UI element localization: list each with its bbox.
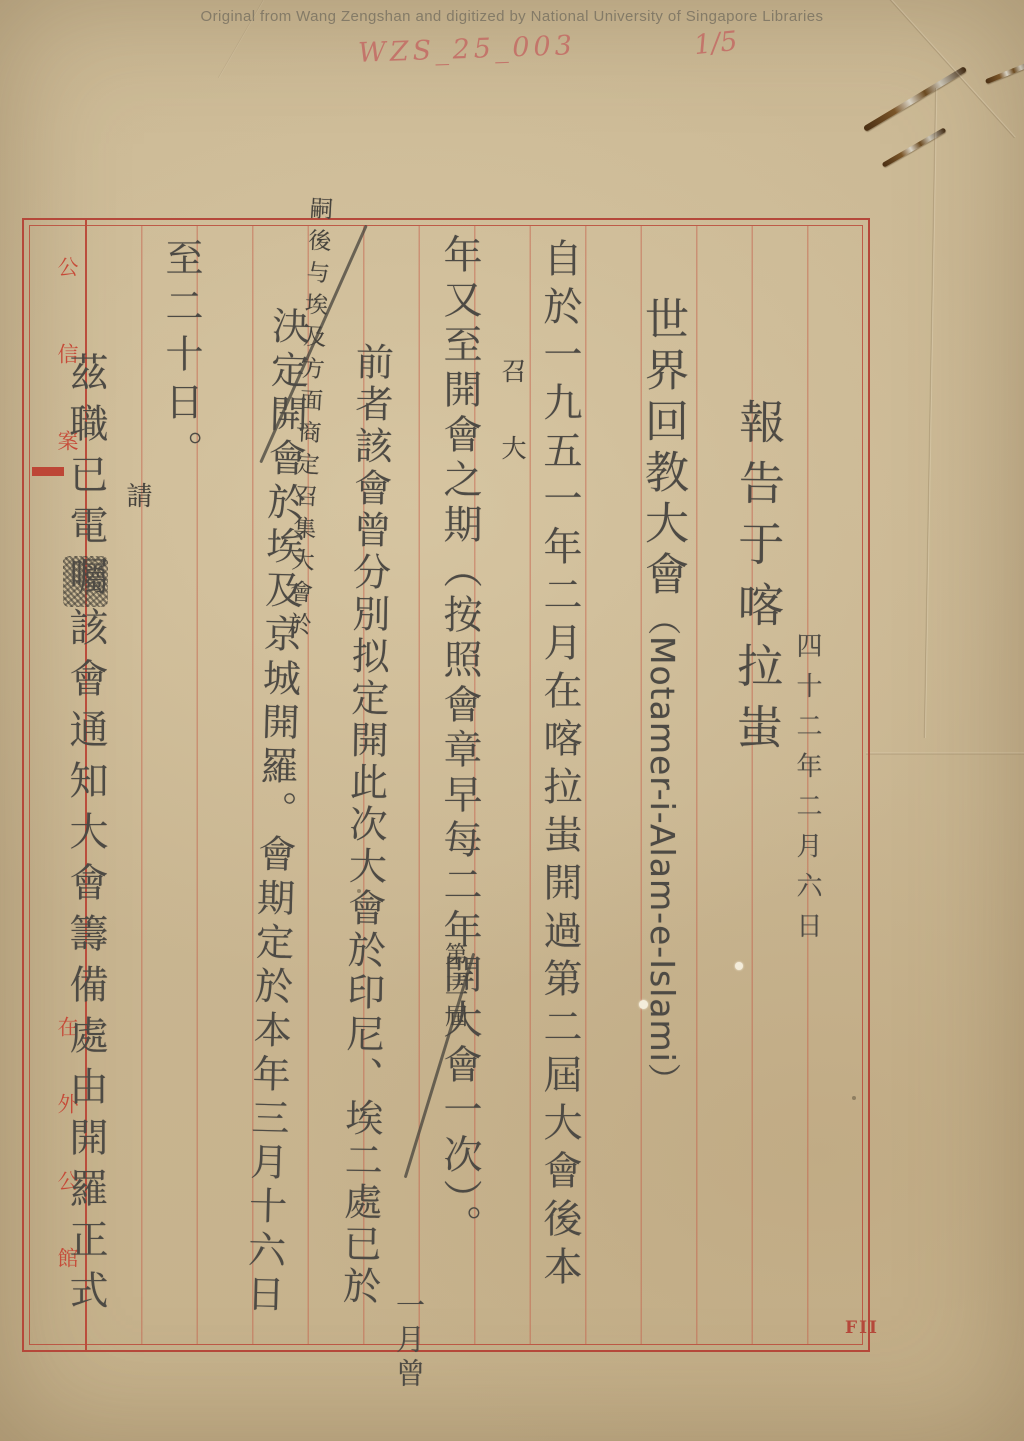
paper-crease (866, 752, 1024, 755)
handwritten-column-organization: 世界回教大會（Motamer-i-Alam-e-Islami） (640, 296, 684, 1097)
handwritten-column: 茲職已電囑該會通知大會籌備處由開羅正式 (66, 352, 105, 1321)
page-number: 1/5 (692, 26, 738, 61)
digitization-watermark: Original from Wang Zengshan and digitize… (0, 8, 1024, 25)
folio-mark: FII (845, 1318, 879, 1338)
handwritten-column: 自於一九五一年二月在喀拉蚩開過第二屆大會後本 (540, 238, 579, 1294)
organization-name-latin: （Motamer-i-Alam-e-Islami） (643, 602, 682, 1097)
column-text: 該會通知大會籌備處由開羅正式 (63, 607, 108, 1321)
column-text: 茲職已電 (63, 352, 108, 556)
inline-insertion: 請 (124, 482, 150, 508)
staple (863, 66, 967, 132)
inline-insertion: 召大 (500, 358, 525, 512)
handwritten-title: 報告于喀拉蚩 (733, 398, 782, 764)
paper-crease (923, 88, 937, 738)
scanned-letter-page: Original from Wang Zengshan and digitize… (0, 0, 1024, 1441)
organization-name: 世界回教大會 (637, 296, 688, 602)
archival-code: WZS_25_003 (358, 30, 577, 69)
handwritten-column: 至二十日。 (162, 238, 200, 478)
staple (985, 61, 1024, 84)
paper-speck (357, 889, 361, 893)
paper-speck (852, 1096, 856, 1100)
paper-hole (735, 962, 743, 970)
handwritten-date: 四十二年二月六日 (794, 632, 820, 952)
column-overflow-text: 一月曾 (394, 1290, 423, 1392)
paper-hole (639, 1000, 648, 1009)
crossed-out-character: 囑 (63, 556, 108, 607)
handwritten-column: 年又至開會之期（按照會章早每二年開大會一次）。 (440, 234, 479, 1250)
